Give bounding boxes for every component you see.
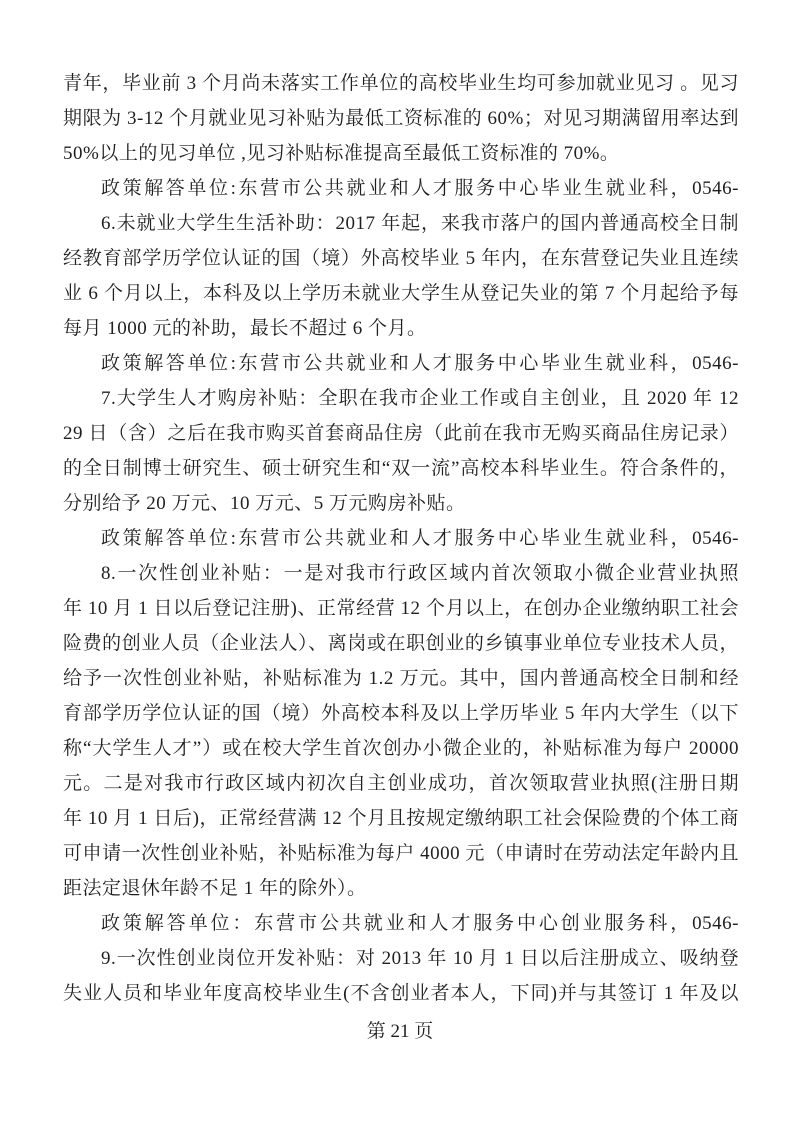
text-line: 称“大学生人才”）或在校大学生首次创办小微企业的，补贴标准为每户 20000 [63, 731, 739, 766]
text-line: 每月 1000 元的补助，最长不超过 6 个月。 [63, 311, 739, 346]
text-line: 年 10 月 1 日以后登记注册)、正常经营 12 个月以上，在创办企业缴纳职工… [63, 591, 739, 626]
text-line: 的全日制博士研究生、硕士研究生和“双一流”高校本科毕业生。符合条件的， [63, 451, 739, 486]
document-page: 青年，毕业前 3 个月尚未落实工作单位的高校毕业生均可参加就业见习 。见习 期限… [0, 0, 800, 1137]
text-line: 育部学历学位认证的国（境）外高校本科及以上学历毕业 5 年内大学生（以下简 [63, 696, 739, 731]
text-line: 可申请一次性创业补贴，补贴标准为每户 4000 元（申请时在劳动法定年龄内且 [63, 836, 739, 871]
text-line: 距法定退休年龄不足 1 年的除外）。 [63, 871, 739, 906]
text-line: 7.大学生人才购房补贴：全职在我市企业工作或自主创业，且 2020 年 12 月 [63, 381, 739, 416]
text-line: 50%以上的见习单位 ,见习补贴标准提高至最低工资标准的 70%。 [63, 136, 739, 171]
text-line: 政策解答单位：东营市公共就业和人才服务中心创业服务科，0546-6378963 [63, 906, 739, 941]
text-line: 经教育部学历学位认证的国（境）外高校毕业 5 年内，在东营登记失业且连续失 [63, 241, 739, 276]
text-line: 年 10 月 1 日后)，正常经营满 12 个月且按规定缴纳职工社会保险费的个体… [63, 801, 739, 836]
text-line: 险费的创业人员（企业法人）、离岗或在职创业的乡镇事业单位专业技术人员， [63, 626, 739, 661]
text-line: 政策解答单位:东营市公共就业和人才服务中心毕业生就业科，0546-6378978 [63, 346, 739, 381]
text-line: 给予一次性创业补贴，补贴标准为 1.2 万元。其中，国内普通高校全日制和经教 [63, 661, 739, 696]
text-line: 8.一次性创业补贴：一是对我市行政区域内首次领取小微企业营业执照(2013 [63, 556, 739, 591]
text-line: 政策解答单位:东营市公共就业和人才服务中心毕业生就业科，0546-6378978 [63, 521, 739, 556]
text-line: 29 日（含）之后在我市购买首套商品住房（此前在我市无购买商品住房记录）的 [63, 416, 739, 451]
page-number: 第 21 页 [0, 1020, 800, 1044]
text-line: 业 6 个月以上，本科及以上学历未就业大学生从登记失业的第 7 个月起给予每人 [63, 276, 739, 311]
text-line: 期限为 3-12 个月就业见习补贴为最低工资标准的 60%；对见习期满留用率达到 [63, 101, 739, 136]
text-line: 9.一次性创业岗位开发补贴：对 2013 年 10 月 1 日以后注册成立、吸纳… [63, 941, 739, 976]
text-line: 政策解答单位:东营市公共就业和人才服务中心毕业生就业科，0546-6378978 [63, 171, 739, 206]
text-line: 元。二是对我市行政区域内初次自主创业成功，首次领取营业执照(注册日期 2015 [63, 766, 739, 801]
text-line: 分别给予 20 万元、10 万元、5 万元购房补贴。 [63, 486, 739, 521]
document-body: 青年，毕业前 3 个月尚未落实工作单位的高校毕业生均可参加就业见习 。见习 期限… [63, 66, 739, 1011]
text-line: 青年，毕业前 3 个月尚未落实工作单位的高校毕业生均可参加就业见习 。见习 [63, 66, 739, 101]
text-line: 失业人员和毕业年度高校毕业生(不含创业者本人，下同)并与其签订 1 年及以上 [63, 976, 739, 1011]
text-line: 6.未就业大学生生活补助：2017 年起，来我市落户的国内普通高校全日制和 [63, 206, 739, 241]
